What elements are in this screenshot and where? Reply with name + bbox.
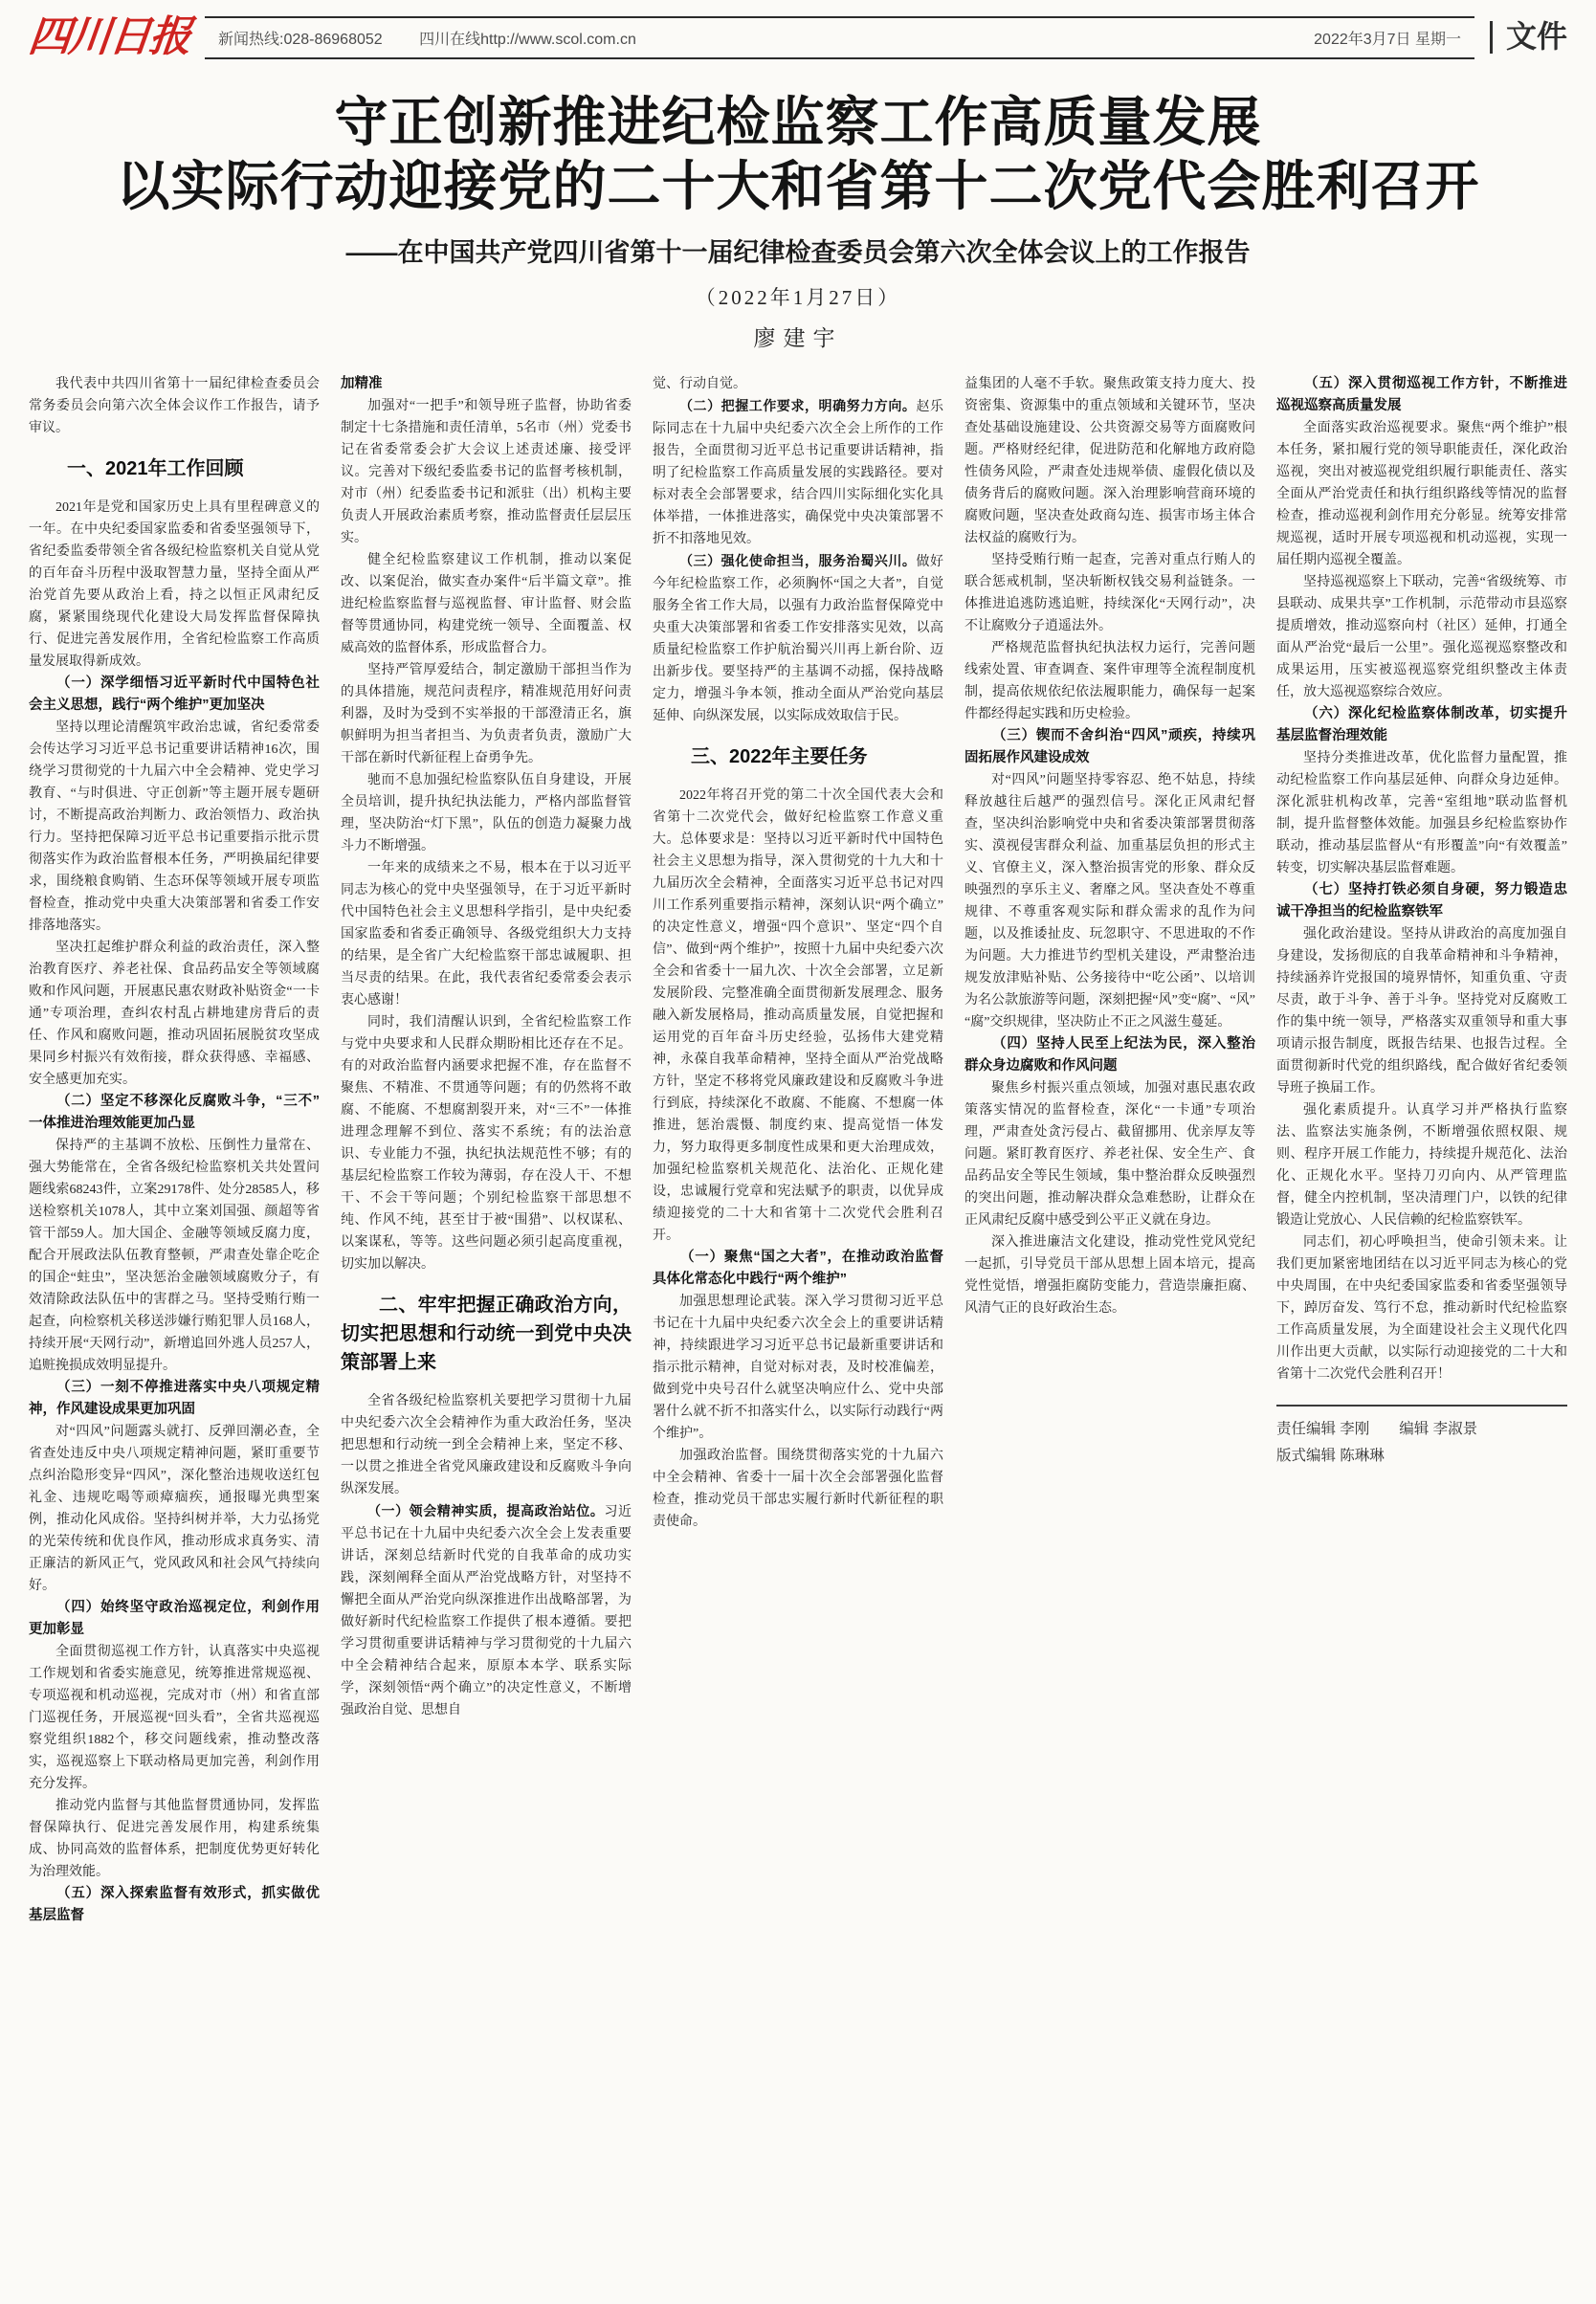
newspaper-page: 四川日报 新闻热线:028-86968052 四川在线http://www.sc… [0, 0, 1596, 2304]
paragraph-lead: （三）强化使命担当，服务治蜀兴川。 [679, 553, 916, 568]
editor-credits: 责任编辑 李刚 编辑 李淑景版式编辑 陈琳琳 [1276, 1405, 1567, 1470]
paragraph: 2021年是党和国家历史上具有里程碑意义的一年。在中央纪委国家监委和省委坚强领导… [29, 497, 320, 673]
body-column-4: 益集团的人毫不手软。聚焦政策支持力度大、投资密集、资源集中的重点领域和关键环节，… [964, 373, 1255, 2220]
paragraph-lead: （二）把握工作要求，明确努力方向。 [679, 398, 916, 413]
subsection-heading: （七）坚持打铁必须自身硬，努力锻造忠诚干净担当的纪检监察铁军 [1276, 879, 1567, 923]
paragraph: 加强政治监督。围绕贯彻落实党的十九届六中全会精神、省委十一届十次全会部署强化监督… [653, 1445, 943, 1533]
paragraph: 健全纪检监察建议工作机制，推动以案促改、以案促治，做实查办案件“后半篇文章”。推… [341, 549, 632, 659]
paragraph: 坚决扛起维护群众利益的政治责任，深入整治教育医疗、养老社保、食品药品安全等领域腐… [29, 937, 320, 1091]
author-byline: 廖建宇 [29, 321, 1567, 352]
paragraph: 强化政治建设。坚持从讲政治的高度加强自身建设，发扬彻底的自我革命精神和斗争精神，… [1276, 923, 1567, 1099]
subsection-heading: （四）坚持人民至上纪法为民，深入整治群众身边腐败和作风问题 [964, 1033, 1255, 1077]
paragraph: 坚持巡视巡察上下联动，完善“省级统筹、市县联动、成果共享”工作机制，示范带动市县… [1276, 571, 1567, 703]
paragraph: 我代表中共四川省第十一届纪律检查委员会常务委员会向第六次全体会议作工作报告，请予… [29, 373, 320, 439]
subsection-heading: （三）一刻不停推进落实中央八项规定精神，作风建设成果更加巩固 [29, 1377, 320, 1421]
masthead: 四川日报 新闻热线:028-86968052 四川在线http://www.sc… [29, 10, 1567, 65]
website-url: 四川在线http://www.scol.com.cn [419, 32, 636, 48]
paragraph: 全面贯彻巡视工作方针，认真落实中央巡视工作规划和省委实施意见，统筹推进常规巡视、… [29, 1641, 320, 1795]
paragraph: （三）强化使命担当，服务治蜀兴川。做好今年纪检监察工作，必须胸怀“国之大者”，自… [653, 550, 943, 727]
headline-subtitle: ——在中国共产党四川省第十一届纪律检查委员会第六次全体会议上的工作报告 [29, 232, 1567, 269]
subsection-heading: （五）深入贯彻巡视工作方针，不断推进巡视巡察高质量发展 [1276, 373, 1567, 417]
paragraph: 聚焦乡村振兴重点领域，加强对惠民惠农政策落实情况的监督检查，深化“一卡通”专项治… [964, 1077, 1255, 1231]
subsection-heading: （四）始终坚守政治巡视定位，利剑作用更加彰显 [29, 1597, 320, 1641]
paragraph: （二）把握工作要求，明确努力方向。赵乐际同志在十九届中央纪委六次全会上所作的工作… [653, 395, 943, 550]
paragraph: 强化素质提升。认真学习并严格执行监察法、监察法实施条例，不断增强依照权限、规则、… [1276, 1099, 1567, 1231]
headline-block: 守正创新推进纪检监察工作高质量发展 以实际行动迎接党的二十大和省第十二次党代会胜… [29, 90, 1567, 352]
masthead-info-bar: 新闻热线:028-86968052 四川在线http://www.scol.co… [205, 16, 1474, 59]
report-dateline: （2022年1月27日） [29, 282, 1567, 311]
paragraph: 加强对“一把手”和领导班子监督，协助省委制定十七条措施和责任清单，5名市（州）党… [341, 395, 632, 549]
body-column-3: 觉、行动自觉。（二）把握工作要求，明确努力方向。赵乐际同志在十九届中央纪委六次全… [653, 373, 943, 2220]
section-heading: 一、2021年工作回顾 [29, 454, 320, 483]
paragraph: 2022年将召开党的第二十次全国代表大会和省第十二次党代会，做好纪检监察工作意义… [653, 785, 943, 1247]
paragraph: 觉、行动自觉。 [653, 373, 943, 395]
section-heading: 三、2022年主要任务 [653, 742, 943, 771]
subsection-heading: 加精准 [341, 373, 632, 395]
paragraph: 对“四风”问题坚持零容忍、绝不姑息，持续释放越往后越严的强烈信号。深化正风肃纪督… [964, 769, 1255, 1033]
paragraph: 加强思想理论武装。深入学习贯彻习近平总书记在十九届中央纪委六次全会上的重要讲话精… [653, 1291, 943, 1445]
section-heading: 二、牢牢把握正确政治方向，切实把思想和行动统一到党中央决策部署上来 [341, 1291, 632, 1377]
sichuan-daily-logo: 四川日报 [27, 16, 192, 58]
subsection-heading: （二）坚定不移深化反腐败斗争，“三不”一体推进治理效能更加凸显 [29, 1091, 320, 1135]
body-column-2: 加精准加强对“一把手”和领导班子监督，协助省委制定十七条措施和责任清单，5名市（… [341, 373, 632, 2220]
article-columns: 我代表中共四川省第十一届纪律检查委员会常务委员会向第六次全体会议作工作报告，请予… [29, 373, 1567, 2220]
paragraph: 坚持严管厚爱结合，制定激励干部担当作为的具体措施，规范问责程序，精准规范用好问责… [341, 659, 632, 769]
paragraph: 全省各级纪检监察机关要把学习贯彻十九届中央纪委六次全会精神作为重大政治任务，坚决… [341, 1390, 632, 1500]
headline-line-2: 以实际行动迎接党的二十大和省第十二次党代会胜利召开 [29, 154, 1567, 218]
paragraph-lead: （一）领会精神实质，提高政治站位。 [367, 1503, 604, 1518]
body-column-1: 我代表中共四川省第十一届纪律检查委员会常务委员会向第六次全体会议作工作报告，请予… [29, 373, 320, 2220]
paragraph: 保持严的主基调不放松、压倒性力量常在、强大势能常在，全省各级纪检监察机关共处置问… [29, 1135, 320, 1377]
subsection-heading: （五）深入探索监督有效形式，抓实做优基层监督 [29, 1883, 320, 1927]
subsection-heading: （一）聚焦“国之大者”，在推动政治监督具体化常态化中践行“两个维护” [653, 1247, 943, 1291]
paragraph: 同时，我们清醒认识到，全省纪检监察工作与党中央要求和人民群众期盼相比还存在不足。… [341, 1011, 632, 1275]
body-column-5: （五）深入贯彻巡视工作方针，不断推进巡视巡察高质量发展全面落实政治巡视要求。聚焦… [1276, 373, 1567, 2220]
paragraph: 坚持受贿行贿一起查，完善对重点行贿人的联合惩戒机制，坚决斩断权钱交易利益链条。一… [964, 549, 1255, 637]
credits-line-1: 责任编辑 李刚 编辑 李淑景 [1276, 1416, 1567, 1443]
section-label: 文件 [1490, 21, 1567, 54]
masthead-contacts: 新闻热线:028-86968052 四川在线http://www.scol.co… [218, 27, 669, 49]
credits-line-2: 版式编辑 陈琳琳 [1276, 1443, 1567, 1470]
paragraph: 一年来的成绩来之不易，根本在于以习近平同志为核心的党中央坚强领导，在于习近平新时… [341, 857, 632, 1011]
subsection-heading: （三）锲而不舍纠治“四风”顽疾，持续巩固拓展作风建设成效 [964, 725, 1255, 769]
paragraph: （一）领会精神实质，提高政治站位。习近平总书记在十九届中央纪委六次全会上发表重要… [341, 1500, 632, 1721]
paragraph: 坚持分类推进改革，优化监督力量配置，推动纪检监察工作向基层延伸、向群众身边延伸。… [1276, 747, 1567, 879]
subsection-heading: （一）深学细悟习近平新时代中国特色社会主义思想，践行“两个维护”更加坚决 [29, 673, 320, 717]
paragraph: 深入推进廉洁文化建设，推动党性党风党纪一起抓，引导党员干部从思想上固本培元，提高… [964, 1231, 1255, 1319]
paragraph: 对“四风”问题露头就打、反弹回潮必查，全省查处违反中央八项规定精神问题，紧盯重要… [29, 1421, 320, 1597]
news-hotline: 新闻热线:028-86968052 [218, 32, 383, 48]
paragraph: 推动党内监督与其他监督贯通协同，发挥监督保障执行、促进完善发展作用，构建系统集成… [29, 1795, 320, 1883]
issue-date: 2022年3月7日 星期一 [1314, 27, 1461, 49]
paragraph: 益集团的人毫不手软。聚焦政策支持力度大、投资密集、资源集中的重点领域和关键环节，… [964, 373, 1255, 549]
paragraph: 严格规范监督执纪执法权力运行，完善问题线索处置、审查调查、案件审理等全流程制度机… [964, 637, 1255, 725]
paragraph: 坚持以理论清醒筑牢政治忠诚，省纪委常委会传达学习习近平总书记重要讲话精神16次，… [29, 717, 320, 937]
paragraph: 驰而不息加强纪检监察队伍自身建设，开展全员培训，提升执纪执法能力，严格内部监督管… [341, 769, 632, 857]
headline-line-1: 守正创新推进纪检监察工作高质量发展 [29, 90, 1567, 154]
paragraph: 同志们，初心呼唤担当，使命引领未来。让我们更加紧密地团结在以习近平同志为核心的党… [1276, 1231, 1567, 1385]
paragraph: 全面落实政治巡视要求。聚焦“两个维护”根本任务，紧扣履行党的领导职能责任，深化政… [1276, 417, 1567, 571]
subsection-heading: （六）深化纪检监察体制改革，切实提升基层监督治理效能 [1276, 703, 1567, 747]
